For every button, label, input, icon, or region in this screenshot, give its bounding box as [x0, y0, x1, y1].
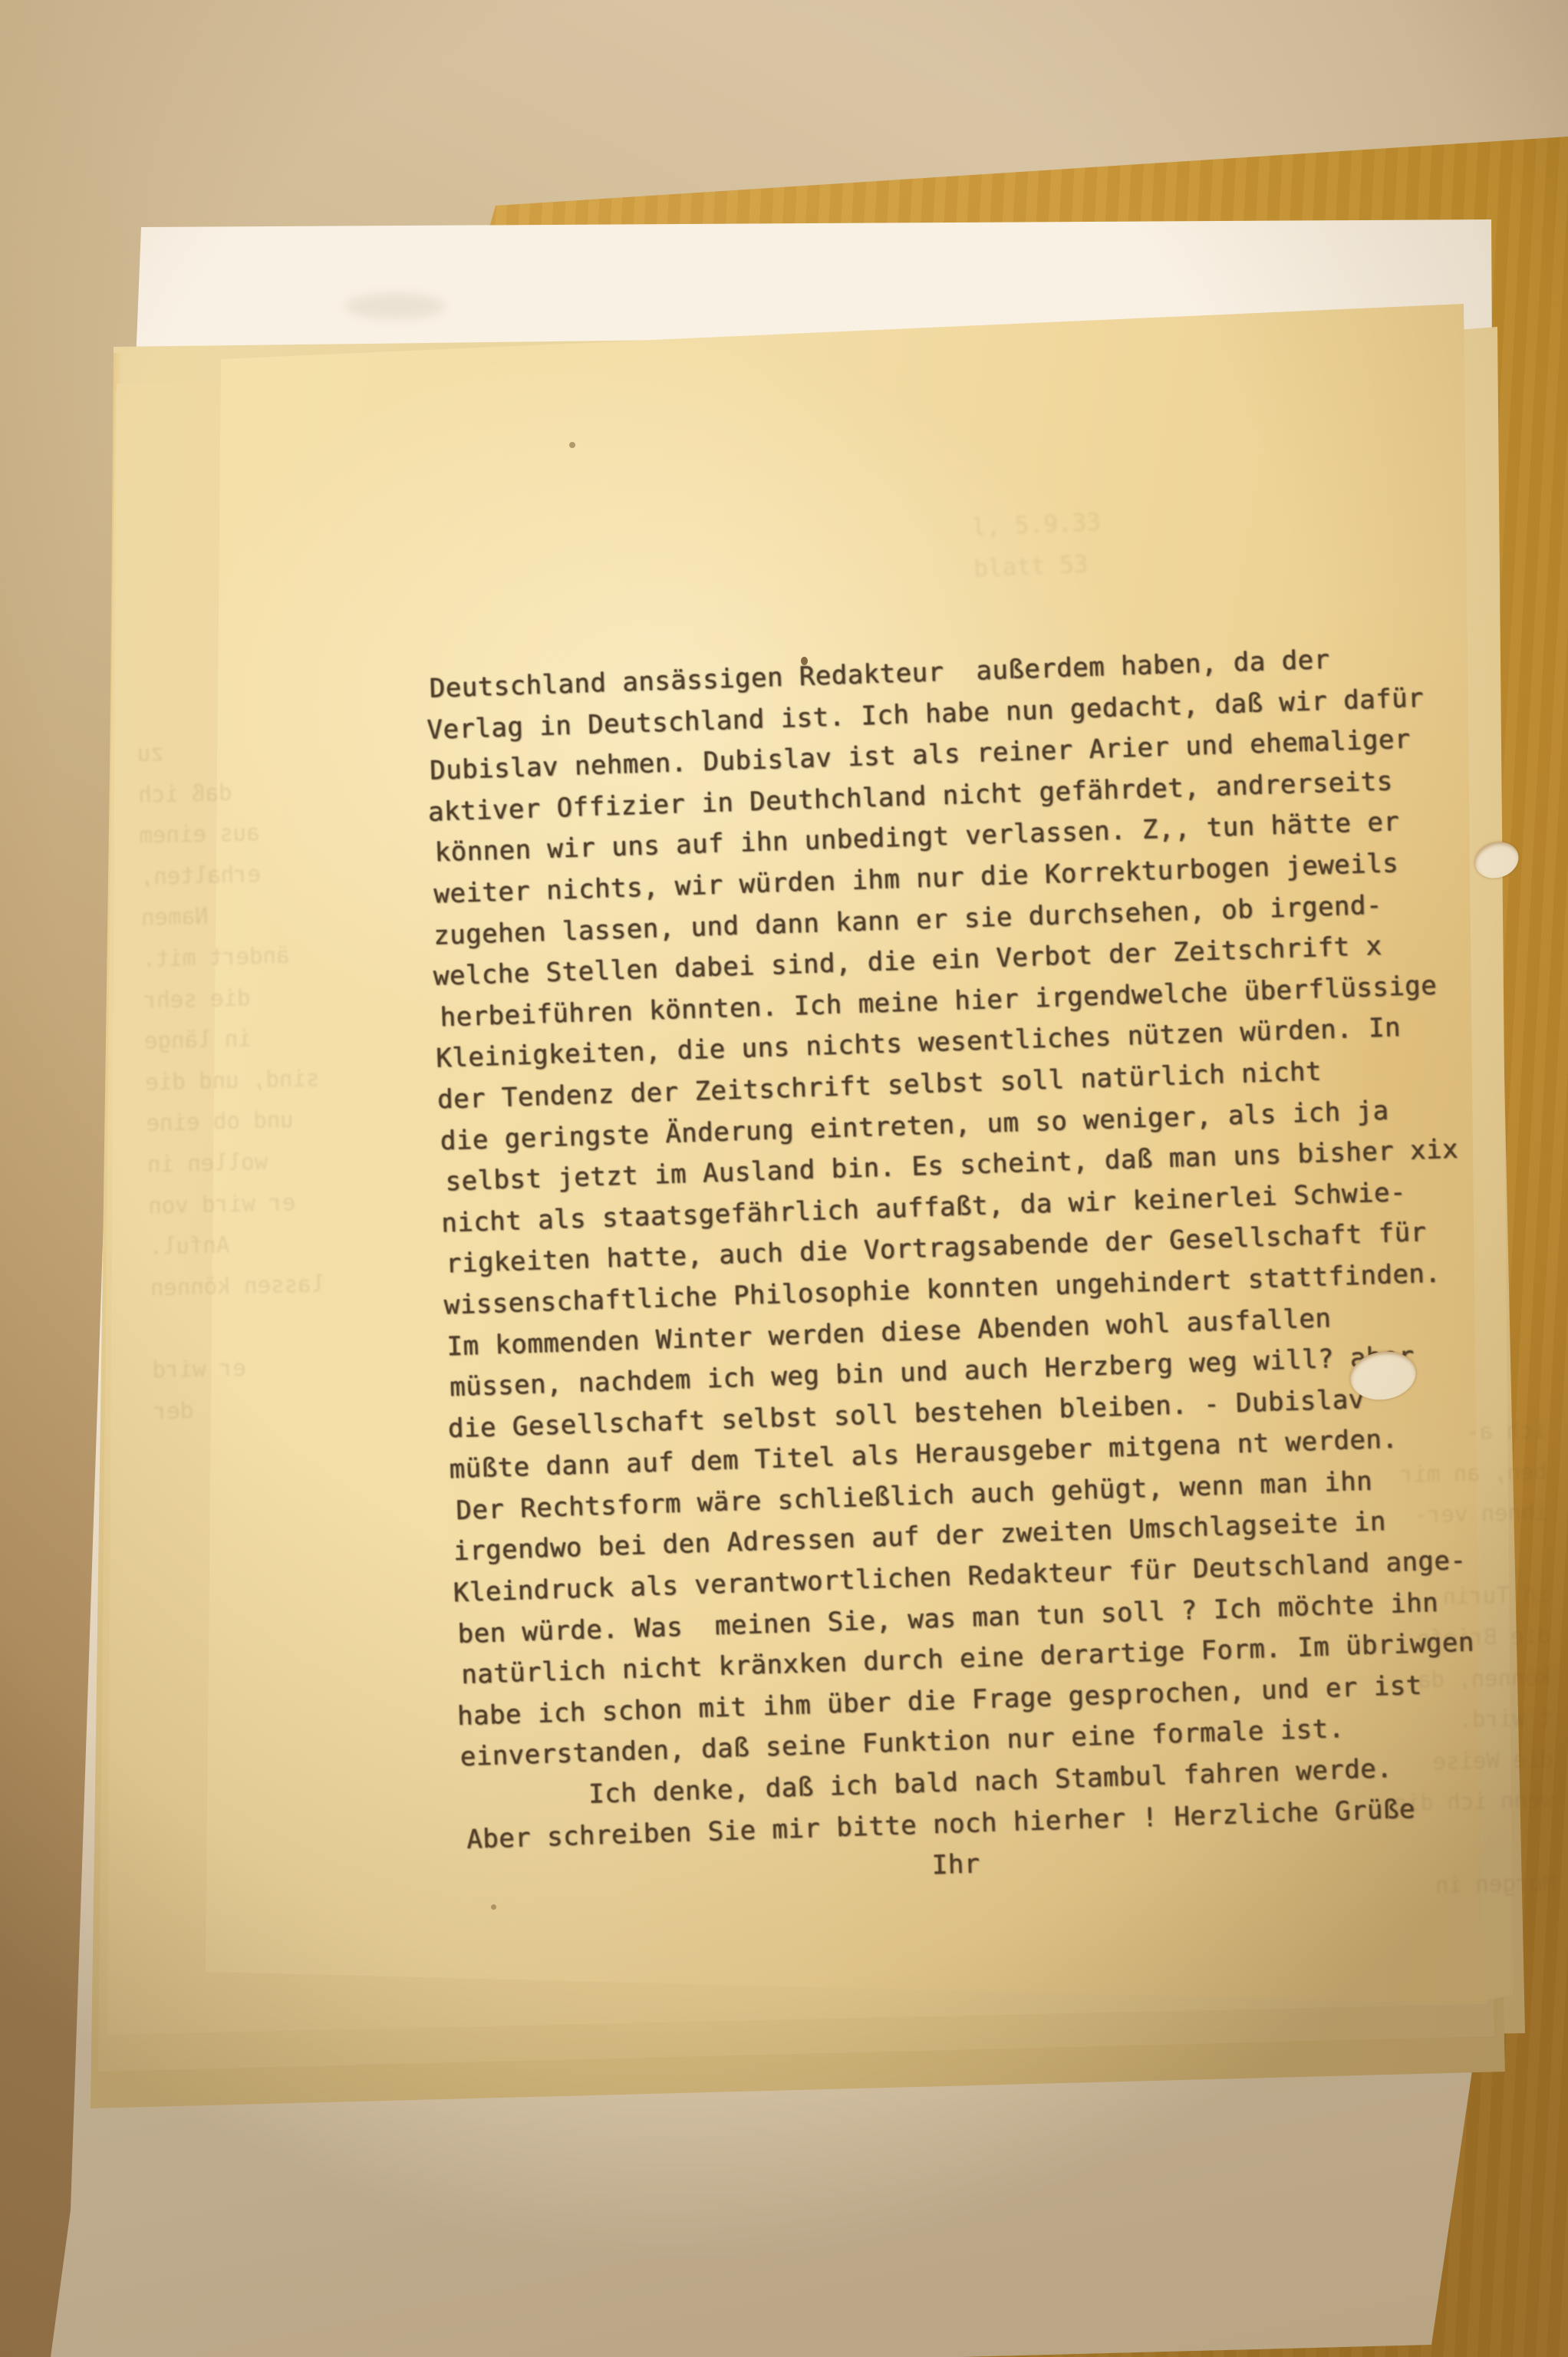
ink-fleck — [491, 1904, 496, 1910]
ghost-fragment: wollen in — [147, 1139, 377, 1185]
ghost-fragment: er wird von — [148, 1180, 379, 1227]
ghost-fragment — [151, 1304, 382, 1350]
ink-fleck — [801, 657, 808, 665]
typewritten-letter-text: Deutschland ansässigen Redakteur außerde… — [423, 635, 1506, 1902]
ghost-fragment — [154, 1426, 385, 1473]
ink-fleck — [569, 442, 575, 448]
pencil-smudge — [345, 293, 445, 319]
ghost-fragment: erhalten, — [140, 851, 371, 898]
ghost-fragment: er wird — [152, 1344, 383, 1391]
ghost-bleedthrough-left: zudaß ichaus einemerhalten,Namenändert m… — [137, 727, 384, 1473]
ghost-fragment: zu — [137, 727, 367, 774]
ghost-bleedthrough-header: l, 5.9.33blatt 53 — [971, 493, 1327, 589]
ghost-fragment: lassen können — [150, 1262, 380, 1309]
ghost-fragment: in länge — [143, 1016, 374, 1063]
ghost-fragment: sind, und die — [145, 1057, 376, 1103]
ghost-fragment: der — [153, 1386, 384, 1432]
ghost-fragment: daß ich — [138, 769, 369, 816]
ghost-fragment: aus einem — [139, 810, 370, 857]
ghost-fragment: ändert mit. — [142, 933, 373, 980]
ghost-fragment: und ob eine — [146, 1098, 377, 1145]
ghost-fragment: Namen — [140, 892, 371, 939]
photo-of-typewritten-letter: l, 5.9.33blatt 53 zudaß ichaus einemerha… — [0, 0, 1568, 2357]
ghost-fragment: die sehr — [143, 974, 374, 1021]
ghost-fragment: Anful. — [149, 1221, 380, 1268]
